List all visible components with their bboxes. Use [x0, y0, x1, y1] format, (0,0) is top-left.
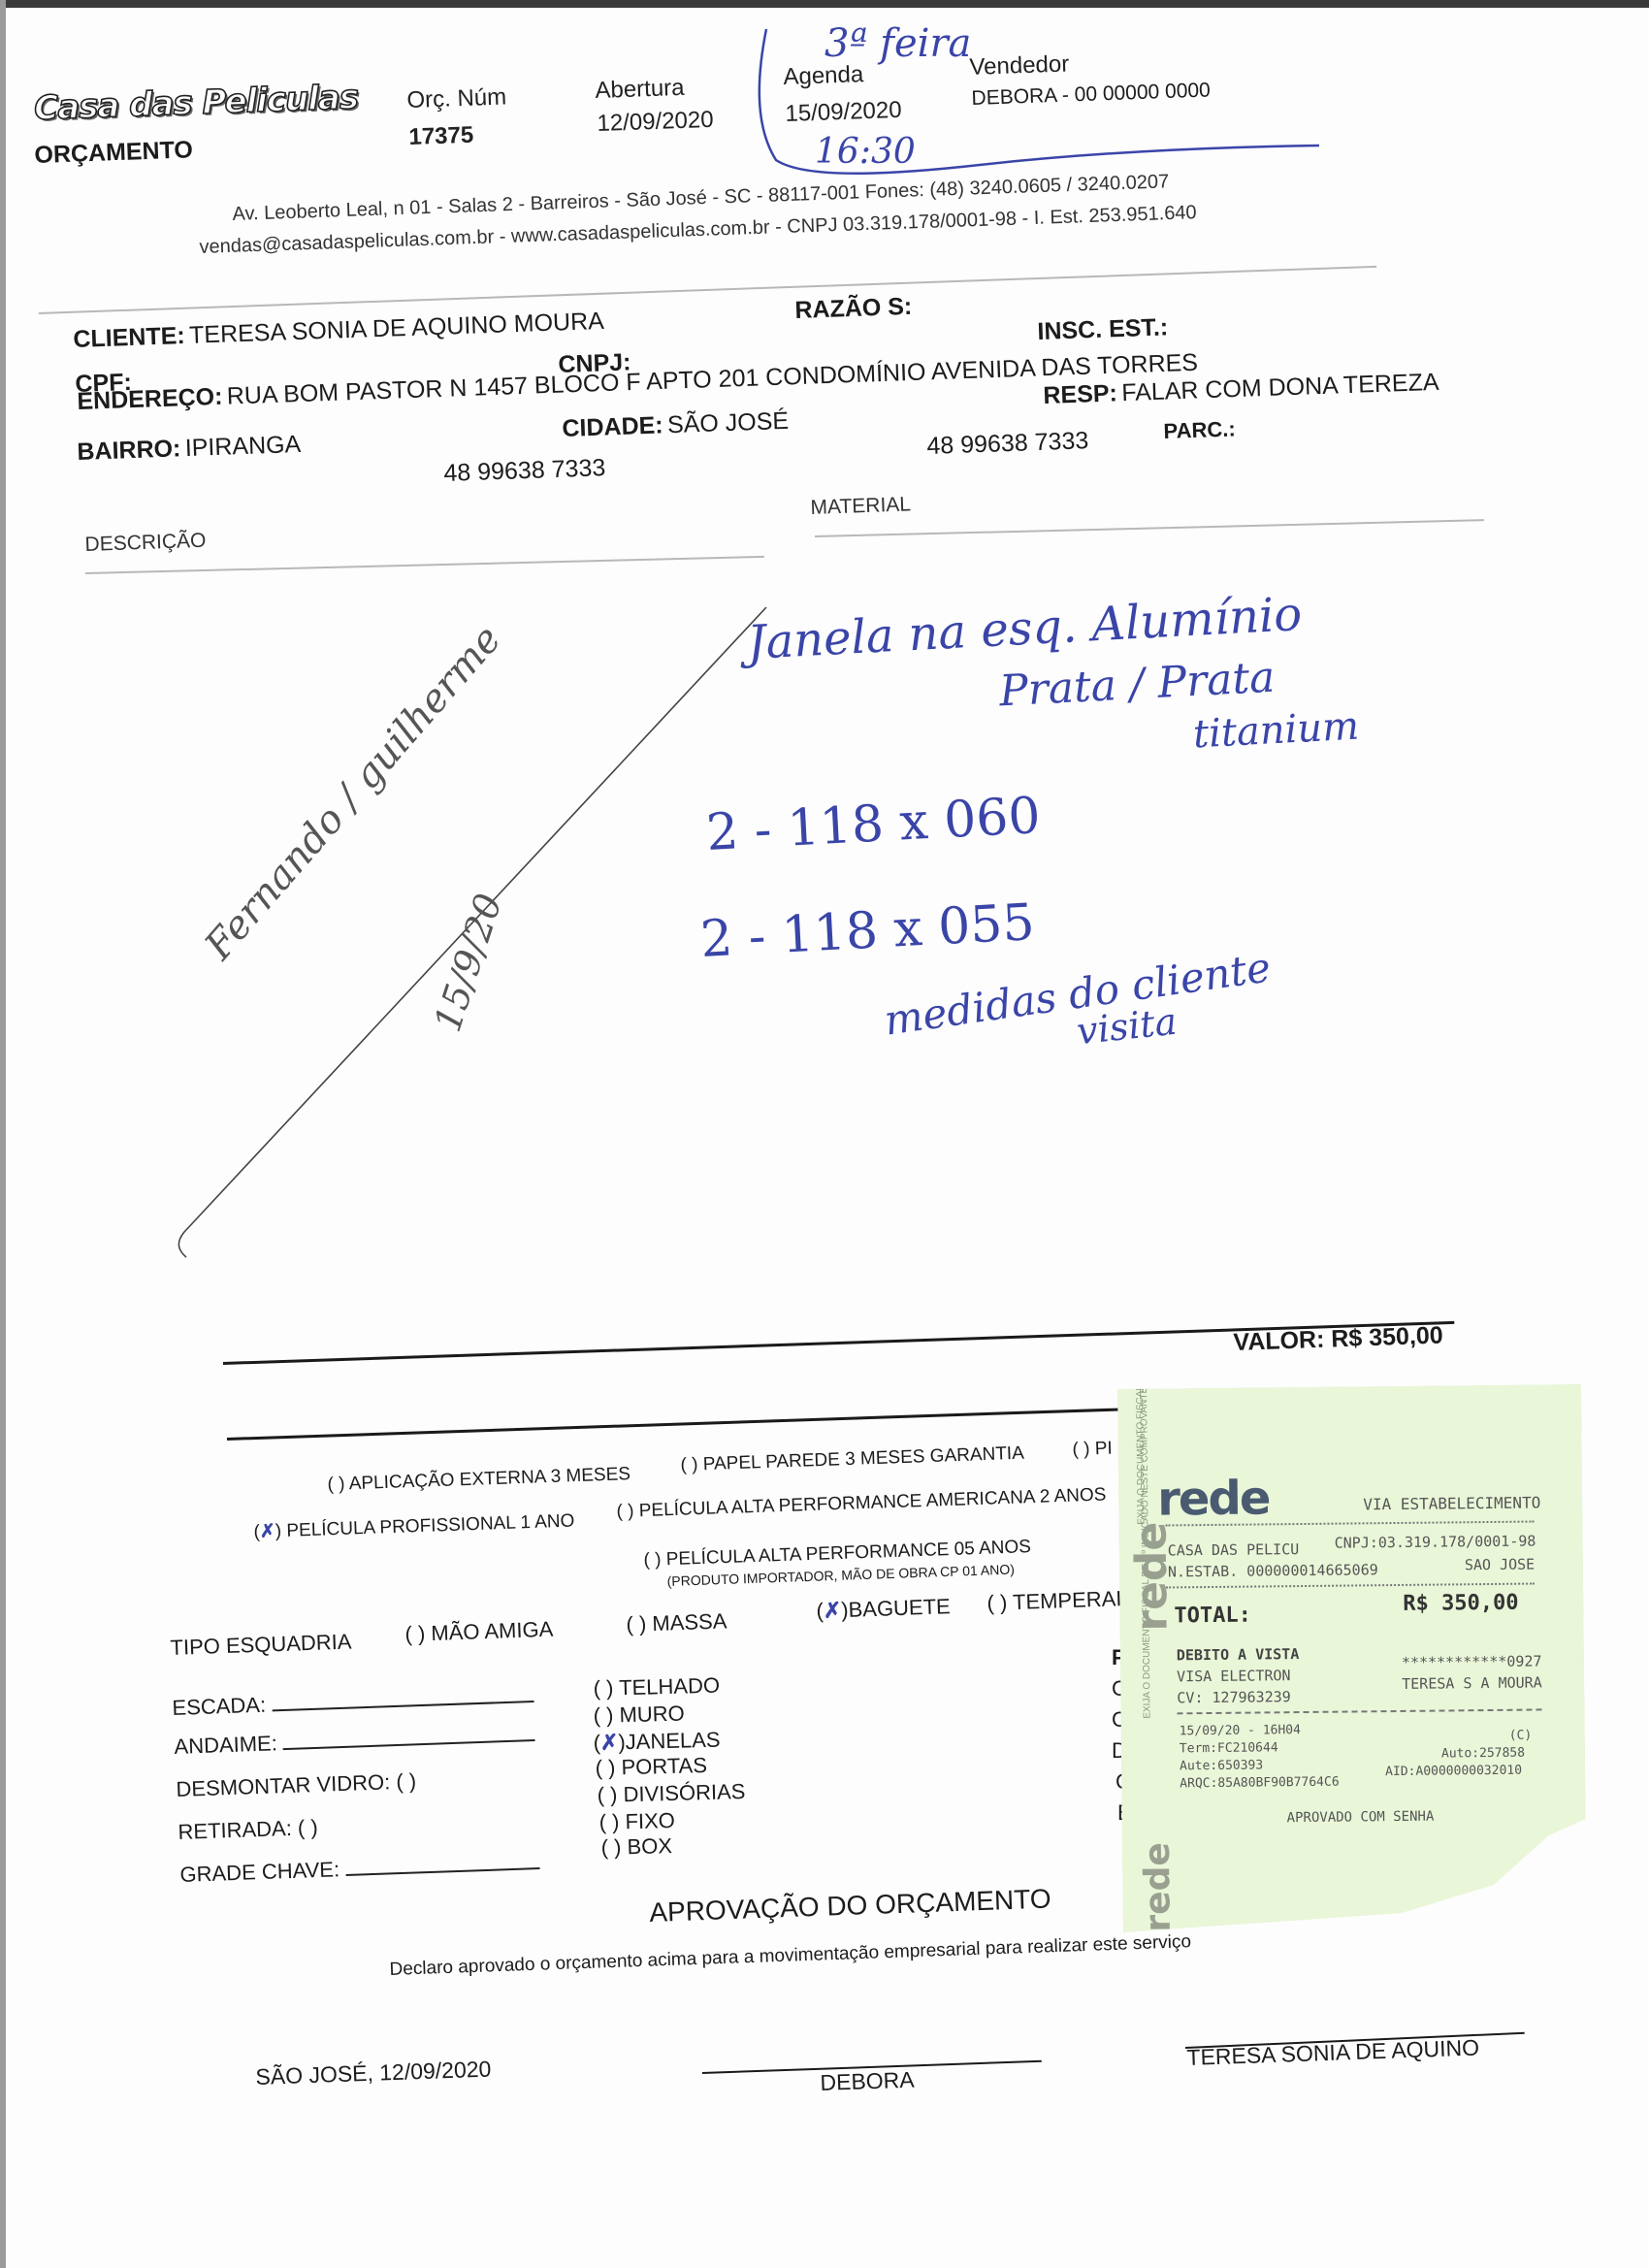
- location-janelas[interactable]: (✗)JANELAS: [593, 1728, 721, 1756]
- material-rule: [815, 519, 1484, 537]
- approval-declaration: Declaro aprovado o orçamento acima para …: [389, 1931, 1191, 1981]
- valor-label: VALOR:: [1233, 1326, 1325, 1356]
- approval-place-date: SÃO JOSÉ, 12/09/2020: [255, 2057, 492, 2090]
- location-divisorias[interactable]: ( ) DIVISÓRIAS: [597, 1779, 745, 1808]
- razao-label: RAZÃO S:: [794, 293, 913, 324]
- abertura-date: 12/09/2020: [597, 107, 714, 138]
- receipt-total-label: TOTAL:: [1174, 1604, 1251, 1629]
- phone-1: 48 99638 7333: [443, 454, 606, 488]
- receipt-cardholder: TERESA S A MOURA: [1402, 1673, 1542, 1693]
- insc-label: INSC. EST.:: [1037, 313, 1169, 345]
- location-muro[interactable]: ( ) MURO: [593, 1701, 685, 1729]
- valor-field: VALOR: R$ 350,00: [1233, 1321, 1443, 1357]
- esquadria-massa[interactable]: ( ) MASSA: [626, 1608, 727, 1637]
- note-line-3: titanium: [1192, 704, 1360, 758]
- cidade-value: SÃO JOSÉ: [667, 407, 790, 438]
- cliente-value: TERESA SONIA DE AQUINO MOURA: [189, 308, 605, 349]
- endereco-label: ENDEREÇO:: [77, 383, 223, 415]
- esquadria-temperado[interactable]: ( ) TEMPERAI: [986, 1586, 1122, 1616]
- option-label: APLICAÇÃO EXTERNA 3 MESES: [348, 1464, 630, 1494]
- checkmark-icon: ✗: [600, 1730, 619, 1754]
- option-label: BAGUETE: [848, 1594, 951, 1622]
- option-alta-performance-americana[interactable]: ( ) PELÍCULA ALTA PERFORMANCE AMERICANA …: [616, 1484, 1107, 1523]
- cliente-label: CLIENTE:: [73, 322, 185, 353]
- valor-amount: R$ 350,00: [1331, 1321, 1443, 1352]
- receipt-aid: AID:A0000000032010: [1385, 1764, 1522, 1779]
- option-label: PELÍCULA PROFISSIONAL 1 ANO: [286, 1510, 575, 1540]
- location-box[interactable]: ( ) BOX: [600, 1833, 672, 1861]
- doc-type: ORÇAMENTO: [34, 136, 193, 170]
- bairro-label: BAIRRO:: [77, 435, 181, 466]
- option-label: TELHADO: [619, 1673, 721, 1701]
- resp-label: RESP:: [1043, 379, 1117, 409]
- handwritten-time: 16:30: [815, 132, 916, 172]
- receipt-cv: CV: 127963239: [1177, 1688, 1291, 1706]
- escada-label: ESCADA:: [172, 1693, 266, 1720]
- option-label: PI: [1094, 1439, 1113, 1460]
- receipt-arqc: ARQC:85A80BF90B7764C6: [1180, 1775, 1340, 1792]
- checkmark-icon: ✗: [823, 1598, 841, 1623]
- option-label: JANELAS: [625, 1728, 720, 1755]
- approval-title: APROVAÇÃO DO ORÇAMENTO: [649, 1884, 1051, 1928]
- receipt-divider: [1166, 1583, 1535, 1589]
- scan-edge-left: [0, 0, 6, 2268]
- handwritten-day: 3ª feira: [824, 21, 971, 66]
- insc-field: INSC. EST.:: [1037, 313, 1169, 346]
- option-label: PORTAS: [621, 1753, 707, 1779]
- location-fixo[interactable]: ( ) FIXO: [598, 1808, 675, 1835]
- agenda-date: 15/09/2020: [785, 97, 902, 128]
- option-papel-parede[interactable]: ( ) PAPEL PAREDE 3 MESES GARANTIA: [680, 1443, 1024, 1476]
- bairro-value: IPIRANGA: [184, 431, 301, 462]
- andaime-field[interactable]: ANDAIME:: [174, 1722, 535, 1760]
- vendedor-label: Vendedor: [969, 50, 1070, 81]
- desmontar-vidro-field[interactable]: DESMONTAR VIDRO: ( ): [176, 1768, 416, 1802]
- option-label: PAPEL PAREDE 3 MESES GARANTIA: [702, 1443, 1024, 1475]
- option-pi[interactable]: ( ) PI: [1072, 1439, 1113, 1461]
- scan-edge-top: [0, 0, 1649, 8]
- parc-label: PARC.:: [1163, 416, 1236, 443]
- note-line-5: visita: [1075, 1000, 1179, 1053]
- receipt-city: SAO JOSE: [1465, 1556, 1535, 1574]
- cidade-field: CIDADE: SÃO JOSÉ: [562, 407, 790, 443]
- orc-num: 17375: [408, 122, 474, 151]
- receipt-card-number: ************0927: [1402, 1652, 1542, 1671]
- receipt-datetime: 15/09/20 - 16H04: [1180, 1723, 1301, 1738]
- esquadria-mao-amiga[interactable]: ( ) MÃO AMIGA: [404, 1617, 554, 1647]
- descricao-label: DESCRIÇÃO: [84, 530, 207, 557]
- receipt-auto: Auto:257858: [1441, 1746, 1525, 1762]
- descricao-rule: [85, 556, 764, 574]
- brand-logo: Casa das Peliculas: [34, 78, 359, 128]
- parc-field: PARC.:: [1163, 416, 1236, 444]
- option-pelicula-profissional[interactable]: (✗) PELÍCULA PROFISSIONAL 1 ANO: [253, 1509, 575, 1543]
- receipt-cnpj: CNPJ:03.319.178/0001-98: [1335, 1532, 1536, 1551]
- receipt-total: R$ 350,00: [1403, 1591, 1518, 1616]
- receipt-via: VIA ESTABELECIMENTO: [1363, 1493, 1540, 1513]
- material-label: MATERIAL: [810, 493, 911, 520]
- option-label: DIVISÓRIAS: [623, 1779, 746, 1806]
- rede-logo: rede: [1157, 1471, 1270, 1526]
- option-label: PELÍCULA ALTA PERFORMANCE AMERICANA 2 AN…: [638, 1484, 1106, 1521]
- escada-field[interactable]: ESCADA:: [172, 1683, 533, 1721]
- endereco-field: ENDEREÇO: RUA BOM PASTOR N 1457 BLOCO F …: [77, 349, 1198, 416]
- desmontar-label: DESMONTAR VIDRO:: [176, 1769, 391, 1801]
- seller-signature-name: DEBORA: [820, 2067, 915, 2096]
- retirada-field[interactable]: RETIRADA: ( ): [178, 1815, 318, 1845]
- rede-logo-side: rede: [1138, 1842, 1179, 1932]
- receipt-estab: N.ESTAB. 000000014665069: [1168, 1561, 1378, 1580]
- cidade-label: CIDADE:: [562, 411, 663, 442]
- razao-field: RAZÃO S:: [794, 293, 913, 325]
- phone-2: 48 99638 7333: [926, 427, 1089, 461]
- receipt-type: DEBITO A VISTA: [1177, 1645, 1300, 1664]
- option-label: MÃO AMIGA: [431, 1617, 554, 1645]
- receipt-aute: Aute:650393: [1180, 1758, 1263, 1773]
- grade-chave-label: GRADE CHAVE:: [179, 1857, 339, 1887]
- option-label: TEMPERAI: [1013, 1586, 1122, 1614]
- option-label: FIXO: [625, 1808, 675, 1833]
- retirada-label: RETIRADA:: [178, 1816, 292, 1844]
- option-label: MASSA: [652, 1608, 727, 1636]
- abertura-label: Abertura: [595, 75, 685, 105]
- bairro-field: BAIRRO: IPIRANGA: [77, 431, 302, 467]
- option-label: BOX: [627, 1833, 672, 1859]
- grade-chave-field[interactable]: GRADE CHAVE:: [179, 1850, 539, 1888]
- andaime-label: ANDAIME:: [174, 1731, 277, 1759]
- esquadria-baguete[interactable]: (✗)BAGUETE: [816, 1594, 951, 1624]
- receipt-term: Term:FC210644: [1180, 1740, 1278, 1756]
- checkmark-icon: ✗: [260, 1521, 276, 1542]
- card-receipt: EXIJA O DOCUMENTO FISCAL COMPROVANTE Nº.…: [1117, 1384, 1587, 1932]
- client-signature-name: TERESA SONIA DE AQUINO: [1186, 2034, 1479, 2071]
- orc-num-label: Orç. Núm: [406, 83, 507, 114]
- location-portas[interactable]: ( ) PORTAS: [595, 1753, 707, 1781]
- receipt-status: APROVADO COM SENHA: [1287, 1809, 1435, 1827]
- receipt-merchant: CASA DAS PELICU: [1168, 1540, 1300, 1559]
- cliente-field: CLIENTE: TERESA SONIA DE AQUINO MOURA: [73, 308, 604, 354]
- agenda-label: Agenda: [783, 61, 864, 91]
- receipt-divider: [1177, 1708, 1541, 1714]
- divider: [39, 266, 1376, 314]
- receipt-card-brand: VISA ELECTRON: [1177, 1667, 1291, 1685]
- option-aplicacao-externa[interactable]: ( ) APLICAÇÃO EXTERNA 3 MESES: [327, 1464, 630, 1496]
- option-label: MURO: [619, 1701, 685, 1728]
- location-telhado[interactable]: ( ) TELHADO: [593, 1673, 720, 1701]
- esquadria-label: TIPO ESQUADRIA: [170, 1629, 352, 1661]
- note-line-2: Prata / Prata: [998, 653, 1277, 717]
- receipt-c-flag: (C): [1509, 1729, 1533, 1743]
